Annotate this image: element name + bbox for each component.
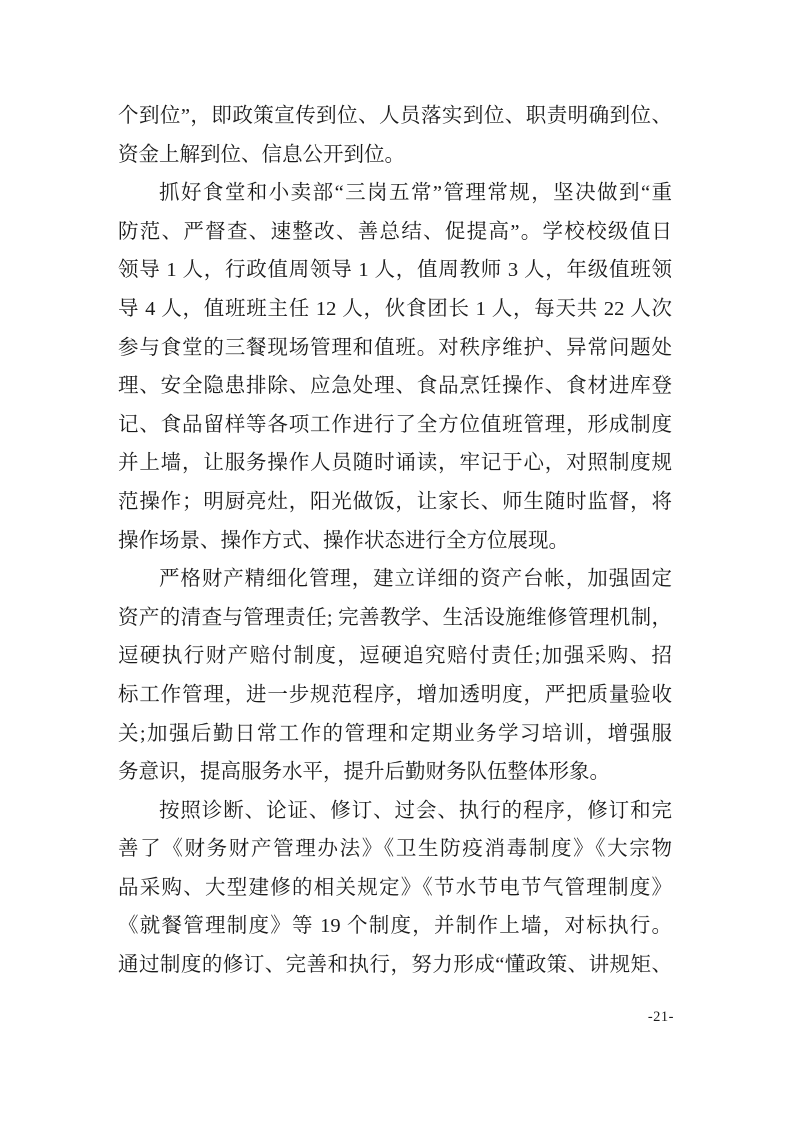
text-line: 品采购、大型建修的相关规定》《节水节电节气管理制度》	[118, 869, 672, 908]
paragraph: 严格财产精细化管理，建立详细的资产台帐，加强固定资产的清查与管理责任; 完善教学…	[118, 560, 672, 792]
text-line: 抓好食堂和小卖部“三岗五常”管理常规，坚决做到“重	[118, 174, 672, 213]
text-line: 善了《财务财产管理办法》《卫生防疫消毒制度》《大宗物	[118, 830, 672, 869]
paragraph: 抓好食堂和小卖部“三岗五常”管理常规，坚决做到“重防范、严督查、速整改、善总结、…	[118, 174, 672, 560]
text-line: 操作场景、操作方式、操作状态进行全方位展现。	[118, 522, 672, 561]
page-number: -21-	[648, 1007, 674, 1027]
text-line: 务意识，提高服务水平，提升后勤财务队伍整体形象。	[118, 753, 672, 792]
document-body: 个到位”，即政策宣传到位、人员落实到位、职责明确到位、资金上解到位、信息公开到位…	[118, 97, 672, 985]
text-line: 导 4 人，值班班主任 12 人，伙食团长 1 人，每天共 22 人次	[118, 290, 672, 329]
text-line: 并上墙，让服务操作人员随时诵读，牢记于心，对照制度规	[118, 444, 672, 483]
text-line: 通过制度的修订、完善和执行，努力形成“懂政策、讲规矩、	[118, 946, 672, 985]
paragraph: 个到位”，即政策宣传到位、人员落实到位、职责明确到位、资金上解到位、信息公开到位…	[118, 97, 672, 174]
text-line: 严格财产精细化管理，建立详细的资产台帐，加强固定	[118, 560, 672, 599]
text-line: 记、食品留样等各项工作进行了全方位值班管理，形成制度	[118, 406, 672, 445]
text-line: 资产的清查与管理责任; 完善教学、生活设施维修管理机制，	[118, 599, 672, 638]
text-line: 逗硬执行财产赔付制度，逗硬追究赔付责任;加强采购、招	[118, 637, 672, 676]
text-line: 个到位”，即政策宣传到位、人员落实到位、职责明确到位、	[118, 97, 672, 136]
text-line: 范操作；明厨亮灶，阳光做饭，让家长、师生随时监督，将	[118, 483, 672, 522]
document-page: 个到位”，即政策宣传到位、人员落实到位、职责明确到位、资金上解到位、信息公开到位…	[0, 0, 793, 1122]
paragraph: 按照诊断、论证、修订、过会、执行的程序，修订和完善了《财务财产管理办法》《卫生防…	[118, 792, 672, 985]
text-line: 资金上解到位、信息公开到位。	[118, 136, 672, 175]
text-line: 按照诊断、论证、修订、过会、执行的程序，修订和完	[118, 792, 672, 831]
text-line: 理、安全隐患排除、应急处理、食品烹饪操作、食材进库登	[118, 367, 672, 406]
text-line: 参与食堂的三餐现场管理和值班。对秩序维护、异常问题处	[118, 329, 672, 368]
text-line: 领导 1 人，行政值周领导 1 人，值周教师 3 人，年级值班领	[118, 251, 672, 290]
text-line: 《就餐管理制度》等 19 个制度，并制作上墙，对标执行。	[118, 907, 672, 946]
text-line: 关;加强后勤日常工作的管理和定期业务学习培训，增强服	[118, 715, 672, 754]
text-line: 防范、严督查、速整改、善总结、促提高”。学校校级值日	[118, 213, 672, 252]
text-line: 标工作管理，进一步规范程序，增加透明度，严把质量验收	[118, 676, 672, 715]
